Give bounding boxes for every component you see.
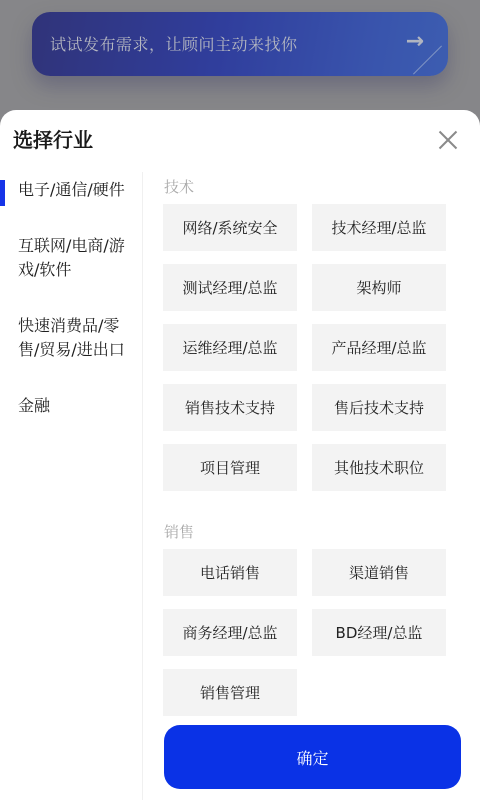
sheet-title: 选择行业 xyxy=(13,124,93,153)
position-tag[interactable]: 架构师 xyxy=(312,264,446,311)
position-tag[interactable]: 渠道销售 xyxy=(312,549,446,596)
section-tech: 技术 网络/系统安全 技术经理/总监 测试经理/总监 架构师 运维经理/总监 产… xyxy=(163,176,480,491)
arrow-right-icon: → xyxy=(406,29,424,54)
banner-text: 试试发布需求，让顾问主动来找你 xyxy=(50,32,298,55)
position-tag[interactable]: 测试经理/总监 xyxy=(163,264,297,311)
category-item-internet[interactable]: 互联网/电商/游戏/软件 xyxy=(0,228,142,288)
position-tag[interactable]: 销售管理 xyxy=(163,669,297,716)
position-tag[interactable]: 售后技术支持 xyxy=(312,384,446,431)
industry-picker-sheet: 选择行业 电子/通信/硬件 互联网/电商/游戏/软件 快速消费品/零售/贸易/进… xyxy=(0,110,480,800)
position-tag[interactable]: BD经理/总监 xyxy=(312,609,446,656)
position-tag[interactable]: 产品经理/总监 xyxy=(312,324,446,371)
category-item-fmcg[interactable]: 快速消费品/零售/贸易/进出口 xyxy=(0,308,142,368)
category-item-electronics[interactable]: 电子/通信/硬件 xyxy=(0,172,142,208)
category-label: 快速消费品/零售/贸易/进出口 xyxy=(18,316,125,359)
category-label: 电子/通信/硬件 xyxy=(18,180,125,199)
position-tag[interactable]: 其他技术职位 xyxy=(312,444,446,491)
position-tag[interactable]: 商务经理/总监 xyxy=(163,609,297,656)
section-title: 销售 xyxy=(164,521,480,541)
screen: 试试发布需求，让顾问主动来找你 → 选择行业 电子/通信/硬件 互联网/电商/游… xyxy=(0,0,480,800)
position-tag[interactable]: 运维经理/总监 xyxy=(163,324,297,371)
category-label: 金融 xyxy=(18,396,50,415)
position-tag[interactable]: 项目管理 xyxy=(163,444,297,491)
publish-request-banner[interactable]: 试试发布需求，让顾问主动来找你 → xyxy=(32,12,448,76)
category-item-finance[interactable]: 金融 xyxy=(0,388,142,424)
position-tag[interactable]: 销售技术支持 xyxy=(163,384,297,431)
close-icon[interactable] xyxy=(438,130,458,150)
category-sidebar: 电子/通信/硬件 互联网/电商/游戏/软件 快速消费品/零售/贸易/进出口 金融 xyxy=(0,172,143,800)
position-tag[interactable]: 电话销售 xyxy=(163,549,297,596)
confirm-button[interactable]: 确定 xyxy=(164,725,461,789)
position-list[interactable]: 技术 网络/系统安全 技术经理/总监 测试经理/总监 架构师 运维经理/总监 产… xyxy=(163,172,480,800)
position-tag[interactable]: 技术经理/总监 xyxy=(312,204,446,251)
section-sales: 销售 电话销售 渠道销售 商务经理/总监 BD经理/总监 销售管理 xyxy=(163,521,480,716)
section-title: 技术 xyxy=(164,176,480,196)
category-label: 互联网/电商/游戏/软件 xyxy=(18,236,125,279)
position-tag[interactable]: 网络/系统安全 xyxy=(163,204,297,251)
